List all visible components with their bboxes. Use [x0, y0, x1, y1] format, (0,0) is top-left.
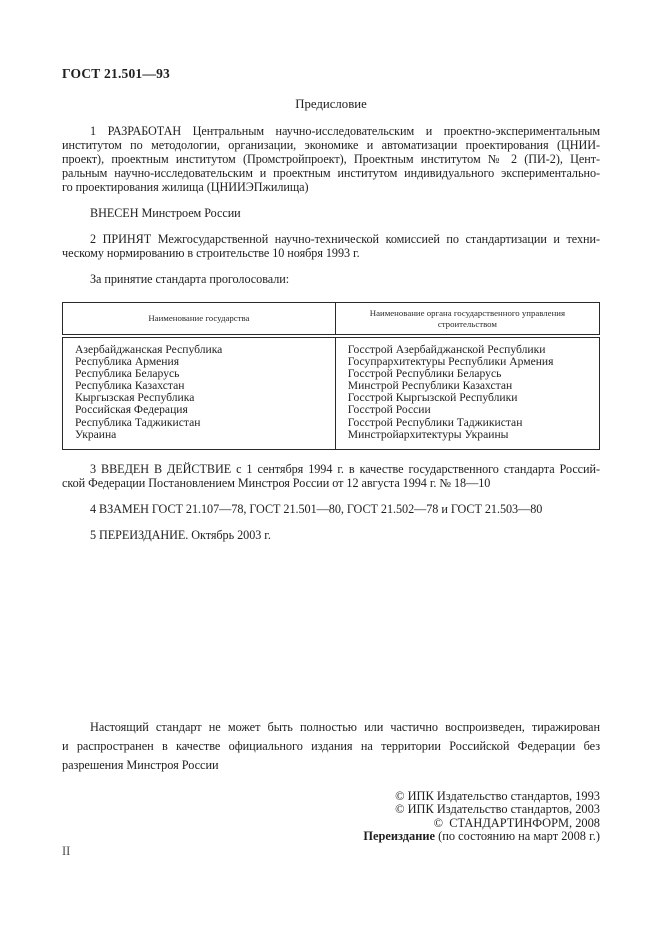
authority-name: Минстройархитектуры Украины: [348, 429, 593, 441]
document-page: ГОСТ 21.501—93 Предисловие 1 РАЗРАБОТАН …: [0, 0, 661, 936]
states-cell: Азербайджанская РеспубликаРеспублика Арм…: [63, 336, 336, 449]
state-name: Республика Беларусь: [75, 368, 329, 380]
vote-table: Наименование государства Наименование ор…: [62, 302, 600, 450]
vote-table-body: Азербайджанская РеспубликаРеспублика Арм…: [63, 336, 600, 449]
text-line: ВНЕСЕН Минстроем России: [62, 206, 600, 220]
clause-5-reissue: 5 ПЕРЕИЗДАНИЕ. Октябрь 2003 г.: [62, 528, 600, 542]
page-number: II: [62, 844, 70, 859]
text-line: го проектирования жилища (ЦНИИЭПжилища): [62, 180, 600, 194]
copyright-line: © ИПК Издательство стандартов, 1993: [363, 790, 600, 803]
clause-4-replaces: 4 ВЗАМЕН ГОСТ 21.107—78, ГОСТ 21.501—80,…: [62, 502, 600, 516]
text-line: 3 ВВЕДЕН В ДЕЙСТВИЕ с 1 сентября 1994 г.…: [62, 462, 600, 476]
copyright-block: © ИПК Издательство стандартов, 1993© ИПК…: [363, 790, 600, 844]
authority-name: Госстрой Республики Беларусь: [348, 368, 593, 380]
state-name: Республика Казахстан: [75, 380, 329, 392]
clause-3-effective: 3 ВВЕДЕН В ДЕЙСТВИЕ с 1 сентября 1994 г.…: [62, 462, 600, 490]
state-name: Российская Федерация: [75, 404, 329, 416]
authority-name: Госстрой Кыргызской Республики: [348, 392, 593, 404]
text-line: 5 ПЕРЕИЗДАНИЕ. Октябрь 2003 г.: [62, 528, 600, 542]
text-line: и распространен в качестве официального …: [62, 737, 600, 756]
text-line: ральным научно-исследовательским и проек…: [62, 166, 600, 180]
vote-table-header: Наименование государства Наименование ор…: [63, 303, 600, 337]
page-content: ГОСТ 21.501—93 Предисловие 1 РАЗРАБОТАН …: [0, 0, 661, 542]
col-header-state: Наименование государства: [63, 303, 336, 337]
authorities-cell: Госстрой Азербайджанской РеспубликиГосуп…: [335, 336, 599, 449]
text-line: ческому нормированию в строительстве 10 …: [62, 246, 600, 260]
authority-name: Госупрархитектуры Республики Армения: [348, 356, 593, 368]
state-name: Кыргызская Республика: [75, 392, 329, 404]
preface-paragraphs: 1 РАЗРАБОТАН Центральным научно-исследов…: [62, 124, 600, 286]
reissue-line: Переиздание (по состоянию на март 2008 г…: [363, 830, 600, 843]
table-body-row: Азербайджанская РеспубликаРеспублика Арм…: [63, 336, 600, 449]
doc-code: ГОСТ 21.501—93: [62, 66, 600, 81]
authority-name: Госстрой Республики Таджикистан: [348, 417, 593, 429]
text-line: проект), проектным институтом (Промстрой…: [62, 152, 600, 166]
text-line: 2 ПРИНЯТ Межгосударственной научно-техни…: [62, 232, 600, 246]
clause-1-developed: 1 РАЗРАБОТАН Центральным научно-исследов…: [62, 124, 600, 194]
restriction-note: Настоящий стандарт не может быть полност…: [62, 718, 600, 775]
text-line: 4 ВЗАМЕН ГОСТ 21.107—78, ГОСТ 21.501—80,…: [62, 502, 600, 516]
preface-title: Предисловие: [62, 97, 600, 112]
col-header-authority: Наименование органа государственного упр…: [335, 303, 599, 337]
text-line: Настоящий стандарт не может быть полност…: [62, 718, 600, 737]
copyright-lines: © ИПК Издательство стандартов, 1993© ИПК…: [363, 790, 600, 830]
clause-submitted: ВНЕСЕН Минстроем России: [62, 206, 600, 220]
state-name: Азербайджанская Республика: [75, 344, 329, 356]
clause-2-adopted: 2 ПРИНЯТ Межгосударственной научно-техни…: [62, 232, 600, 260]
col-header-state-label: Наименование государства: [67, 313, 331, 324]
authority-name: Госстрой России: [348, 404, 593, 416]
text-line: институтом по методологии, организации, …: [62, 138, 600, 152]
after-table-paragraphs: 3 ВВЕДЕН В ДЕЙСТВИЕ с 1 сентября 1994 г.…: [62, 462, 600, 542]
text-line: 1 РАЗРАБОТАН Центральным научно-исследов…: [62, 124, 600, 138]
state-name: Республика Таджикистан: [75, 417, 329, 429]
text-line: За принятие стандарта проголосовали:: [62, 272, 600, 286]
authority-name: Минстрой Республики Казахстан: [348, 380, 593, 392]
copyright-line: © ИПК Издательство стандартов, 2003: [363, 803, 600, 816]
col-header-authority-label: Наименование органа государственного упр…: [342, 308, 592, 329]
text-line: разрешения Минстроя России: [62, 756, 600, 775]
state-name: Украина: [75, 429, 329, 441]
vote-intro: За принятие стандарта проголосовали:: [62, 272, 600, 286]
authority-name: Госстрой Азербайджанской Республики: [348, 344, 593, 356]
restriction-note-block: Настоящий стандарт не может быть полност…: [62, 706, 600, 775]
copyright-line: © СТАНДАРТИНФОРМ, 2008: [363, 817, 600, 830]
reissue-label: Переиздание: [363, 829, 435, 843]
state-name: Республика Армения: [75, 356, 329, 368]
reissue-note: (по состоянию на март 2008 г.): [435, 829, 600, 843]
text-line: ской Федерации Постановлением Минстроя Р…: [62, 476, 600, 490]
